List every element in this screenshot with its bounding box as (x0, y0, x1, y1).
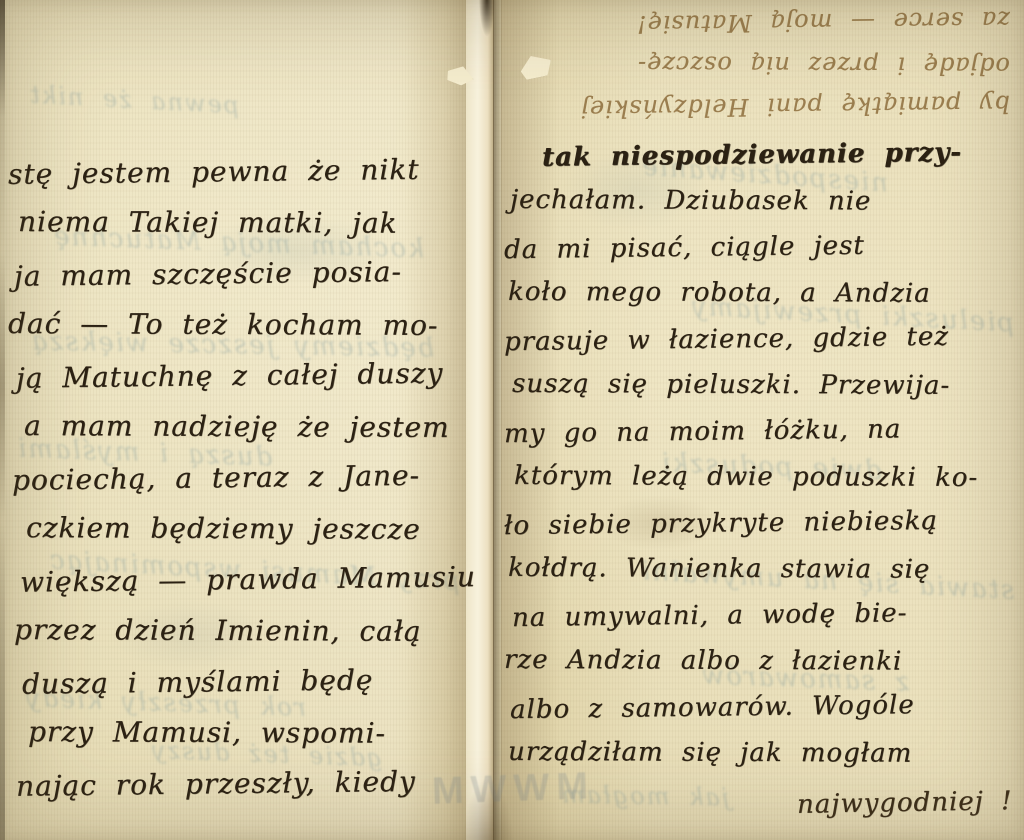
handwritten-line: prasuje w łazience, gdzie też (504, 313, 1024, 365)
right-page-text: tak niespodziewanie przy-jechałam. Dziub… (504, 132, 1024, 776)
handwritten-line: czkiem będziemy jeszcze (8, 502, 470, 555)
handwritten-line: przy Mamusi, wspomi- (8, 706, 470, 759)
gutter-crease-top-mark (479, 0, 495, 36)
handwritten-line: ło siebie przykryte niebieską (504, 497, 1024, 549)
handwritten-line: my go na moim łóżku, na (504, 405, 1024, 457)
inverted-text-block: by pamiątkę pani Heldzyńskiejodjadę i pr… (498, 0, 1010, 128)
handwritten-line: urządziłam się jak mogłam (504, 729, 1024, 777)
handwritten-line: niema Takiej matki, jak (8, 196, 470, 249)
handwritten-line: suszą się pieluszki. Przewija- (504, 361, 1024, 409)
handwritten-line: rze Andzia albo z łazienki (504, 637, 1024, 685)
page-fold-edge (466, 0, 494, 840)
letter-scan: pewna że niktkocham moją Matuchnębędziem… (0, 0, 1024, 840)
handwritten-line: przez dzień Imienin, całą (8, 604, 470, 657)
left-page-text: stę jestem pewna że niktniema Takiej mat… (8, 146, 470, 809)
scan-left-edge (0, 0, 5, 840)
handwritten-line: da mi pisać, ciągle jest (504, 221, 1024, 273)
handwritten-line: odjadę i przez nią oszczę- (498, 43, 1010, 87)
handwritten-line: by pamiątkę pani Heldzyńskiej (498, 83, 1010, 131)
handwritten-line: za serce — moją Matusię! (498, 0, 1010, 47)
handwritten-line: pociechą, a teraz z Jane- (8, 449, 471, 506)
handwritten-line: kołdrą. Wanienka stawia się (504, 545, 1024, 593)
handwritten-line: a mam nadzieję że jestem (8, 400, 470, 453)
handwritten-line: którym leżą dwie poduszki ko- (504, 453, 1024, 501)
handwritten-line: na umywalni, a wodę bie- (504, 589, 1024, 641)
handwritten-line: większą — prawda Mamusiu (8, 551, 471, 608)
bleedthrough-fragment: pewna że nikt (27, 80, 239, 119)
handwritten-line: tak niespodziewanie przy- (504, 129, 1024, 181)
handwritten-line: jechałam. Dziubasek nie (504, 177, 1024, 225)
handwritten-line: albo z samowarów. Wogóle (504, 681, 1024, 733)
handwritten-line: ja mam szczęście posia- (8, 245, 471, 302)
handwritten-line: koło mego robota, a Andzia (504, 269, 1024, 317)
handwritten-line: najwygodniej ! (796, 786, 1012, 820)
handwritten-line: nając rok przeszły, kiedy (8, 755, 471, 812)
handwritten-line: stę jestem pewna że nikt (8, 143, 471, 200)
handwritten-line: dać — To też kocham mo- (8, 298, 470, 351)
handwritten-line: duszą i myślami będę (8, 653, 471, 710)
handwritten-line: ją Matuchnę z całej duszy (8, 347, 471, 404)
